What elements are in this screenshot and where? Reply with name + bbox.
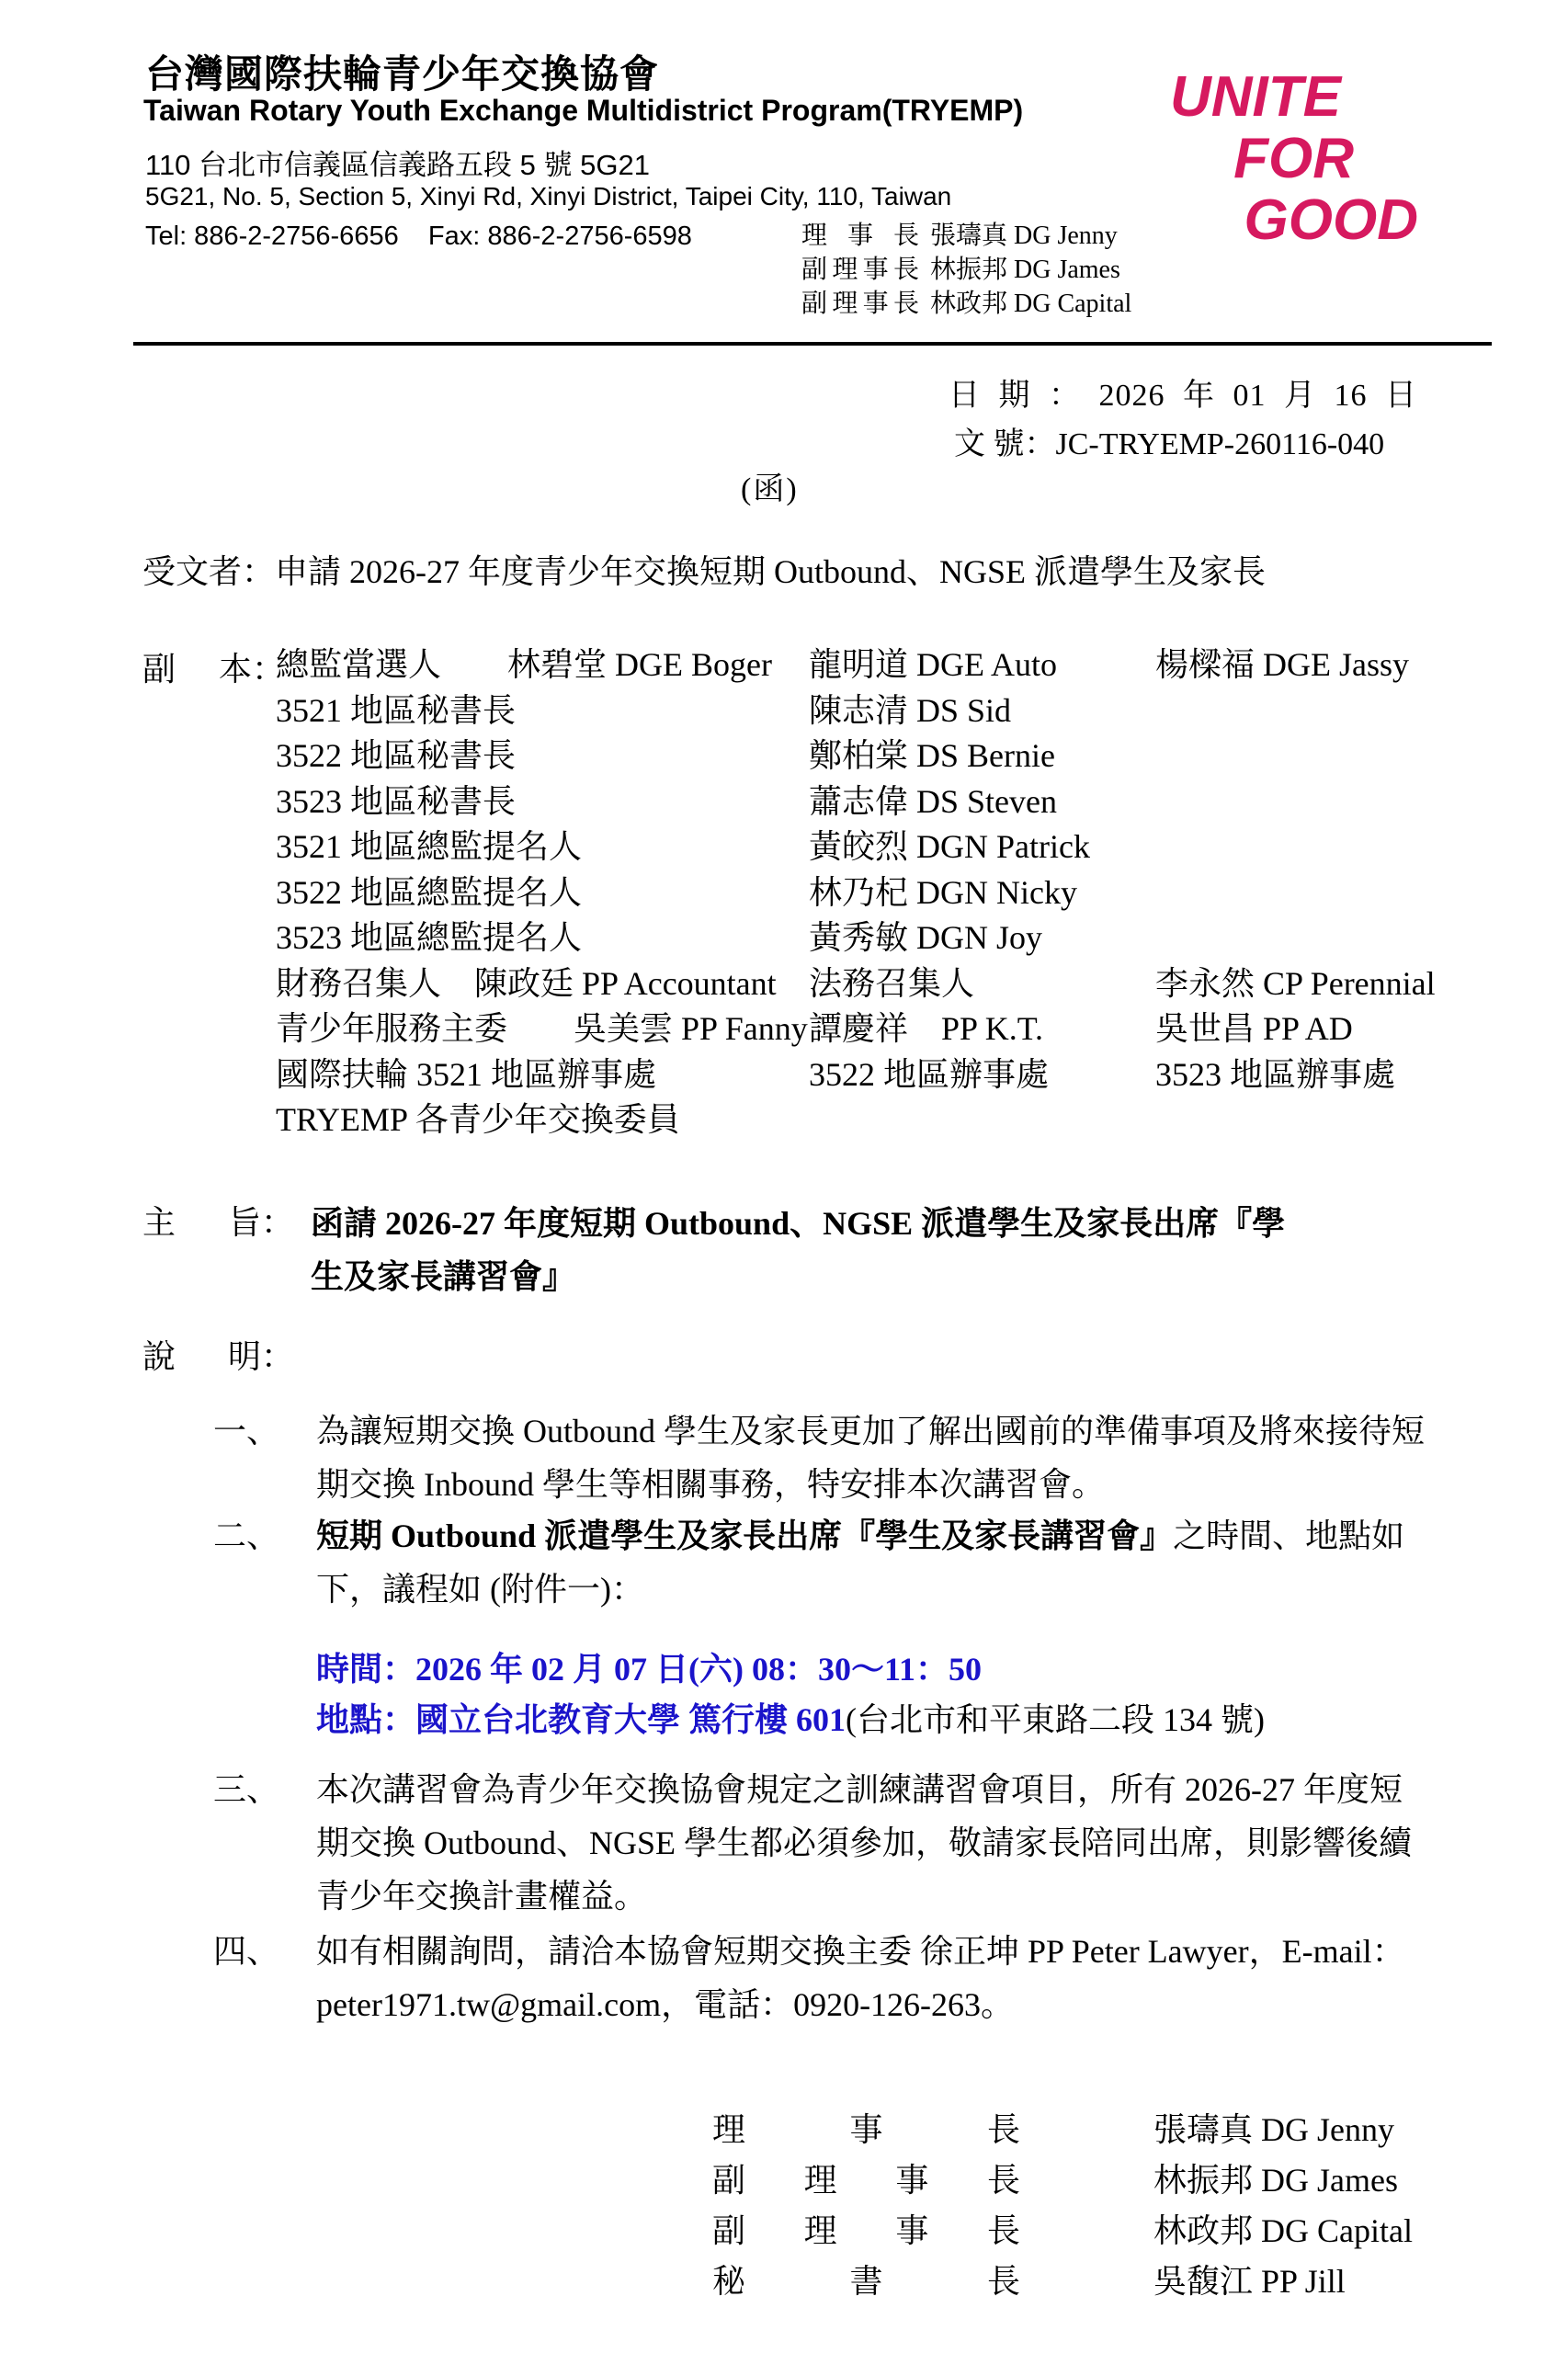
signature-block: 理事長張璹真 DG Jenny副理事長林振邦 DG James副理事長林政邦 D… <box>712 2107 1413 2309</box>
item-number: 一、 <box>213 1404 316 1511</box>
title-char: 長 <box>987 2208 1020 2258</box>
cc-cell: 國際扶輪 3521 地區辦事處 <box>276 1053 809 1099</box>
cc-row: 3522 地區秘書長鄭柏棠 DS Bernie <box>276 734 1436 780</box>
title-char: 副 <box>712 2157 745 2208</box>
title-char: 理 <box>804 2157 837 2208</box>
signature-title: 副理事長 <box>712 2157 1020 2208</box>
cc-cell: 3522 地區總監提名人 <box>276 871 809 917</box>
subject-label-char: 主 <box>142 1197 176 1303</box>
subject-text: 函請 2026-27 年度短期 Outbound、NGSE 派遣學生及家長出席『… <box>311 1197 1303 1303</box>
item-text: 為讓短期交換 Outbound 學生及家長更加了解出國前的準備事項及將來接待短期… <box>316 1404 1428 1511</box>
cc-cell: 吳世昌 PP AD <box>1155 1007 1353 1053</box>
cc-cell: TRYEMP 各青少年交換委員 <box>276 1098 809 1144</box>
org-name-zh: 台灣國際扶輪青少年交換協會 <box>145 44 659 99</box>
cc-cell <box>809 1098 1155 1144</box>
signature-title: 秘書長 <box>712 2258 1020 2309</box>
title-char: 長 <box>893 221 919 255</box>
signature-row: 秘書長吳馥江 PP Jill <box>712 2258 1413 2309</box>
title-char: 事 <box>849 2107 882 2157</box>
cc-cell: 林乃杞 DGN Nicky <box>809 871 1155 917</box>
item-number: 四、 <box>213 1925 316 2031</box>
explanation-item-2: 二、 短期 Outbound 派遣學生及家長出席『學生及家長講習會』之時間、地點… <box>213 1509 1428 1616</box>
logo-line: UNITE <box>1170 66 1341 128</box>
explanation-label-char: 說 <box>142 1331 176 1378</box>
cc-cell: 財務召集人 陳政廷 PP Accountant <box>276 962 809 1008</box>
signature-name: 吳馥江 PP Jill <box>1153 2258 1346 2309</box>
signature-name: 張璹真 DG Jenny <box>1153 2107 1394 2157</box>
cc-cell: 黃皎烈 DGN Patrick <box>809 825 1155 871</box>
title-char: 事 <box>863 289 889 323</box>
officer-name: 林振邦 DG James <box>930 255 1120 289</box>
cc-row: TRYEMP 各青少年交換委員 <box>276 1098 1436 1144</box>
cc-cell: 陳志清 DS Sid <box>809 689 1155 735</box>
letter-type: (函) <box>741 463 799 508</box>
cc-row: 財務召集人 陳政廷 PP Accountant法務召集人李永然 CP Peren… <box>276 962 1436 1008</box>
title-char: 副 <box>801 289 827 323</box>
title-char: 理 <box>712 2107 745 2157</box>
subject-section: 主 旨： 函請 2026-27 年度短期 Outbound、NGSE 派遣學生及… <box>142 1197 1303 1303</box>
cc-row: 總監當選人 林碧堂 DGE Boger龍明道 DGE Auto楊樑福 DGE J… <box>276 643 1436 689</box>
title-char: 長 <box>893 255 919 289</box>
title-char: 事 <box>847 221 873 255</box>
cc-row: 3521 地區總監提名人黃皎烈 DGN Patrick <box>276 825 1436 871</box>
cc-cell: 蕭志偉 DS Steven <box>809 780 1155 826</box>
title-char: 事 <box>895 2208 928 2258</box>
title-char: 理 <box>804 2208 837 2258</box>
cc-label-char: 副 <box>142 643 176 690</box>
cc-cell: 3521 地區總監提名人 <box>276 825 809 871</box>
cc-cell: 黃秀敏 DGN Joy <box>809 916 1155 962</box>
title-char: 長 <box>893 289 919 323</box>
title-char: 事 <box>863 255 889 289</box>
officer-row: 副理事長林振邦 DG James <box>801 255 1131 289</box>
subject-label-char: 旨： <box>228 1197 294 1303</box>
title-char: 理 <box>801 221 827 255</box>
item-number: 三、 <box>213 1763 316 1923</box>
signature-row: 副理事長林振邦 DG James <box>712 2157 1413 2208</box>
item-text-bold: 短期 Outbound 派遣學生及家長出席『學生及家長講習會』 <box>316 1518 1173 1554</box>
explanation-item-3: 三、 本次講習會為青少年交換協會規定之訓練講習會項目，所有 2026-27 年度… <box>213 1763 1428 1923</box>
item-number: 二、 <box>213 1509 316 1616</box>
title-char: 事 <box>895 2157 928 2208</box>
cc-row: 3521 地區秘書長陳志清 DS Sid <box>276 689 1436 735</box>
logo-line: GOOD <box>1170 189 1418 251</box>
title-char: 副 <box>712 2208 745 2258</box>
header-officers: 理事長張璹真 DG Jenny副理事長林振邦 DG James副理事長林政邦 D… <box>801 221 1131 323</box>
session-time: 時間：2026 年 02 月 07 日(六) 08：30～11：50 <box>316 1643 982 1690</box>
title-char: 理 <box>832 255 858 289</box>
explanation-label: 說 明： <box>142 1331 294 1378</box>
item-text: 如有相關詢問，請洽本協會短期交換主委 徐正坤 PP Peter Lawyer，E… <box>316 1925 1428 2031</box>
org-address-en: 5G21, No. 5, Section 5, Xinyi Rd, Xinyi … <box>145 182 951 211</box>
title-char: 長 <box>987 2157 1020 2208</box>
unite-for-good-logo: UNITE FOR GOOD <box>1170 66 1418 251</box>
officer-title: 副理事長 <box>801 255 919 289</box>
org-name-en: Taiwan Rotary Youth Exchange Multidistri… <box>143 94 1023 128</box>
title-char: 書 <box>849 2258 882 2309</box>
officer-name: 林政邦 DG Capital <box>930 289 1131 323</box>
officer-row: 副理事長林政邦 DG Capital <box>801 289 1131 323</box>
cc-cell: 3523 地區總監提名人 <box>276 916 809 962</box>
explanation-item-4: 四、 如有相關詢問，請洽本協會短期交換主委 徐正坤 PP Peter Lawye… <box>213 1925 1428 2031</box>
subject-label: 主 旨： <box>142 1197 294 1303</box>
signature-name: 林政邦 DG Capital <box>1153 2208 1413 2258</box>
cc-cell: 譚慶祥 PP K.T. <box>809 1007 1155 1053</box>
letter-page: 台灣國際扶輪青少年交換協會 Taiwan Rotary Youth Exchan… <box>0 0 1568 2353</box>
title-char: 長 <box>987 2107 1020 2157</box>
cc-cell: 李永然 CP Perennial <box>1155 962 1436 1008</box>
item-text: 短期 Outbound 派遣學生及家長出席『學生及家長講習會』之時間、地點如下，… <box>316 1509 1428 1616</box>
cc-cell: 楊樑福 DGE Jassy <box>1155 643 1409 689</box>
title-char: 長 <box>987 2258 1020 2309</box>
signature-row: 理事長張璹真 DG Jenny <box>712 2107 1413 2157</box>
cc-row: 3523 地區總監提名人黃秀敏 DGN Joy <box>276 916 1436 962</box>
officer-name: 張璹真 DG Jenny <box>930 221 1118 255</box>
cc-row: 3523 地區秘書長蕭志偉 DS Steven <box>276 780 1436 826</box>
cc-table: 總監當選人 林碧堂 DGE Boger龍明道 DGE Auto楊樑福 DGE J… <box>276 643 1436 1144</box>
signature-title: 理事長 <box>712 2107 1020 2157</box>
cc-label: 副 本： <box>142 643 285 690</box>
signature-title: 副理事長 <box>712 2208 1020 2258</box>
recipient-label: 受文者： <box>142 553 275 590</box>
recipient-line: 受文者：申請 2026-27 年度青少年交換短期 Outbound、NGSE 派… <box>142 546 1266 593</box>
org-address-zh: 110 台北市信義區信義路五段 5 號 5G21 <box>145 142 650 183</box>
explanation-label-char: 明： <box>228 1331 294 1378</box>
officer-row: 理事長張璹真 DG Jenny <box>801 221 1131 255</box>
cc-cell: 3523 地區辦事處 <box>1155 1053 1395 1099</box>
cc-cell: 3522 地區秘書長 <box>276 734 809 780</box>
session-place-address: (台北市和平東路二段 134 號) <box>846 1701 1265 1738</box>
cc-cell: 鄭柏棠 DS Bernie <box>809 734 1155 780</box>
cc-cell: 青少年服務主委 吳美雲 PP Fanny <box>276 1007 809 1053</box>
date-line: 日 期 ： 2026 年 01 月 16 日 <box>949 369 1417 415</box>
cc-row: 青少年服務主委 吳美雲 PP Fanny譚慶祥 PP K.T.吳世昌 PP AD <box>276 1007 1436 1053</box>
title-char: 理 <box>832 289 858 323</box>
cc-cell: 法務召集人 <box>809 962 1155 1008</box>
cc-cell: 龍明道 DGE Auto <box>809 643 1155 689</box>
cc-cell: 總監當選人 林碧堂 DGE Boger <box>276 643 809 689</box>
cc-cell: 3521 地區秘書長 <box>276 689 809 735</box>
title-char: 副 <box>801 255 827 289</box>
session-place: 地點：國立台北教育大學 篤行樓 601(台北市和平東路二段 134 號) <box>316 1694 1265 1741</box>
cc-row: 國際扶輪 3521 地區辦事處3522 地區辦事處3523 地區辦事處 <box>276 1053 1436 1099</box>
explanation-item-1: 一、 為讓短期交換 Outbound 學生及家長更加了解出國前的準備事項及將來接… <box>213 1404 1428 1511</box>
signature-name: 林振邦 DG James <box>1153 2157 1398 2208</box>
logo-line: FOR <box>1170 128 1354 189</box>
title-char: 秘 <box>712 2258 745 2309</box>
item-text: 本次講習會為青少年交換協會規定之訓練講習會項目，所有 2026-27 年度短期交… <box>316 1763 1428 1923</box>
recipient-text: 申請 2026-27 年度青少年交換短期 Outbound、NGSE 派遣學生及… <box>275 553 1266 590</box>
tel-fax-line: Tel: 886-2-2756-6656 Fax: 886-2-2756-659… <box>145 222 692 252</box>
cc-cell: 3522 地區辦事處 <box>809 1053 1155 1099</box>
officer-title: 副理事長 <box>801 289 919 323</box>
cc-row: 3522 地區總監提名人林乃杞 DGN Nicky <box>276 871 1436 917</box>
doc-number-line: 文 號：JC-TRYEMP-260116-040 <box>954 418 1384 463</box>
signature-row: 副理事長林政邦 DG Capital <box>712 2208 1413 2258</box>
cc-cell: 3523 地區秘書長 <box>276 780 809 826</box>
officer-title: 理事長 <box>801 221 919 255</box>
session-place-main: 地點：國立台北教育大學 篤行樓 601 <box>316 1701 846 1738</box>
header-divider <box>133 342 1492 346</box>
